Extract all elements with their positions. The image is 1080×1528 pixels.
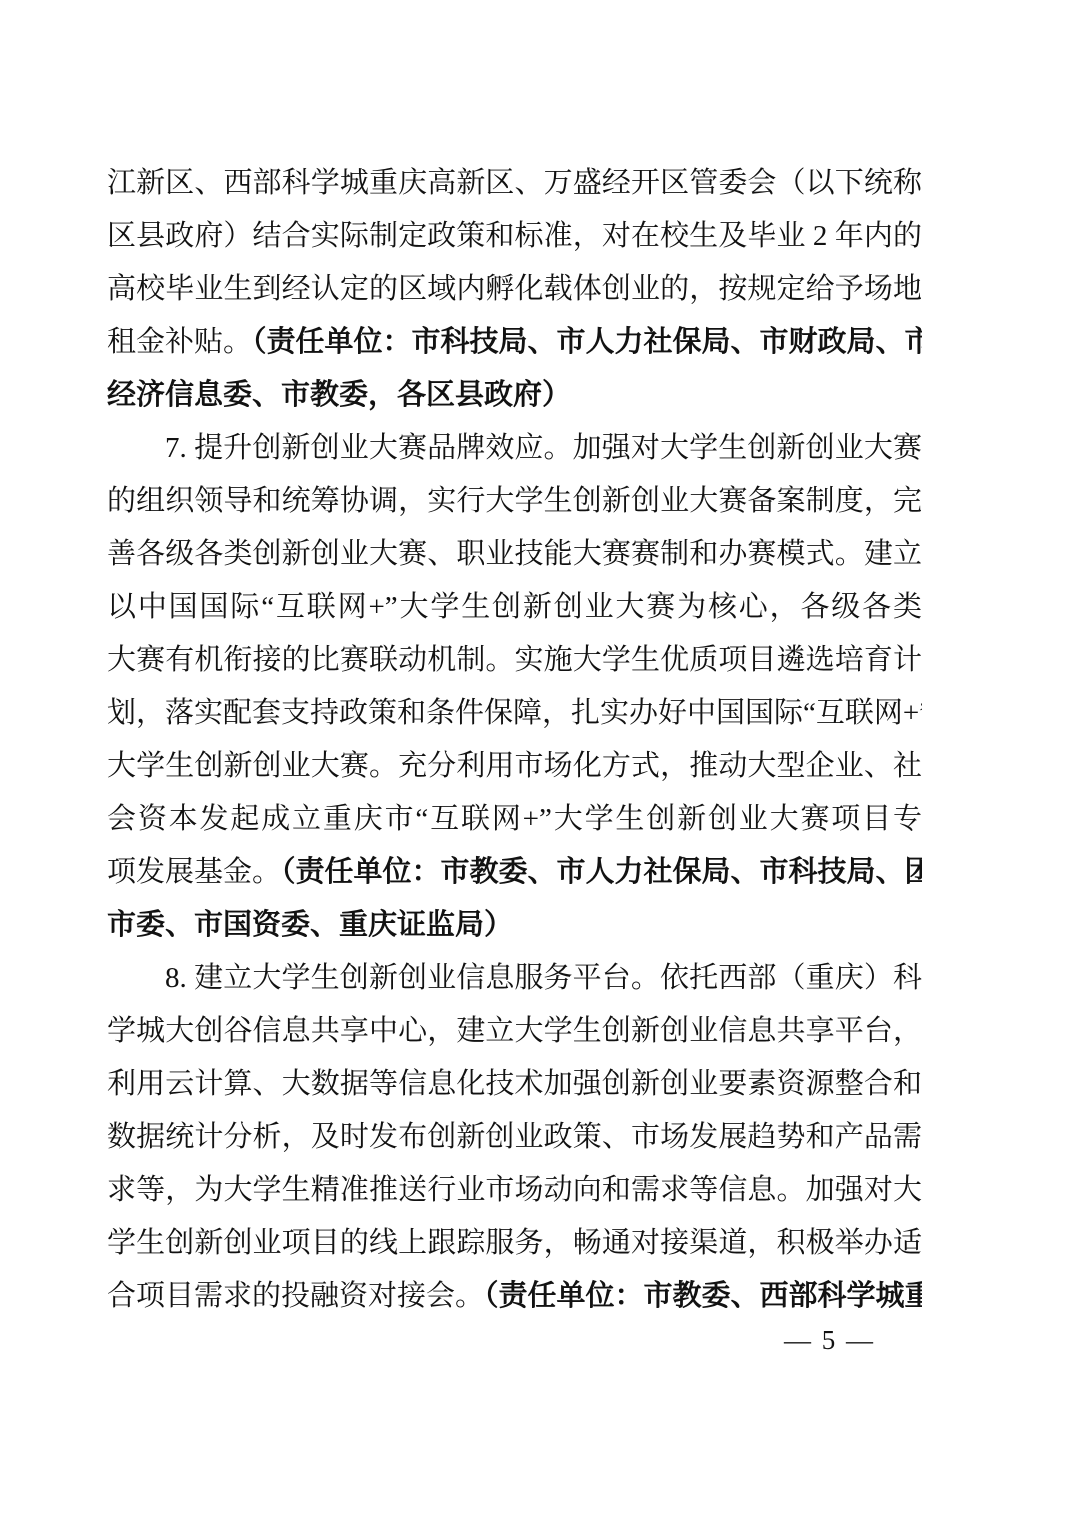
body-text: 大赛有机衔接的比赛联动机制。实施大学生优质项目遴选培育计 <box>107 644 922 676</box>
responsible-unit-text: 市委、市国资委、重庆证监局） <box>107 909 513 941</box>
text-line: 利用云计算、大数据等信息化技术加强创新创业要素资源整合和 <box>107 1058 922 1111</box>
text-line: 8. 建立大学生创新创业信息服务平台。依托西部（重庆）科 <box>107 952 922 1005</box>
text-line: 数据统计分析，及时发布创新创业政策、市场发展趋势和产品需 <box>107 1111 922 1164</box>
text-line: 大学生创新创业大赛。充分利用市场化方式，推动大型企业、社 <box>107 740 922 793</box>
body-text: 划，落实配套支持政策和条件保障，扎实办好中国国际“互联网+” <box>107 697 922 729</box>
body-text: 8. 建立大学生创新创业信息服务平台。依托西部（重庆）科 <box>165 962 922 994</box>
body-text: 善各级各类创新创业大赛、职业技能大赛赛制和办赛模式。建立 <box>107 538 922 570</box>
text-line: 租金补贴。（责任单位：市科技局、市人力社保局、市财政局、市 <box>107 316 922 369</box>
body-text: 合项目需求的投融资对接会。 <box>107 1280 484 1312</box>
text-line: 区县政府）结合实际制定政策和标准，对在校生及毕业 2 年内的 <box>107 210 922 263</box>
text-line: 学城大创谷信息共享中心，建立大学生创新创业信息共享平台， <box>107 1005 922 1058</box>
page-number: — 5 — <box>784 1322 875 1358</box>
document-page: 江新区、西部科学城重庆高新区、万盛经开区管委会（以下统称区县政府）结合实际制定政… <box>0 0 1080 1528</box>
text-line: 大赛有机衔接的比赛联动机制。实施大学生优质项目遴选培育计 <box>107 634 922 687</box>
text-line: 会资本发起成立重庆市“互联网+”大学生创新创业大赛项目专 <box>107 793 922 846</box>
body-text: 租金补贴。 <box>107 326 252 358</box>
body-text: 的组织领导和统筹协调，实行大学生创新创业大赛备案制度，完 <box>107 485 922 517</box>
body-text: 大学生创新创业大赛。充分利用市场化方式，推动大型企业、社 <box>107 750 922 782</box>
body-text: 会资本发起成立重庆市“互联网+”大学生创新创业大赛项目专 <box>107 803 922 835</box>
body-text: 学生创新创业项目的线上跟踪服务，畅通对接渠道，积极举办适 <box>107 1227 922 1259</box>
text-line: 学生创新创业项目的线上跟踪服务，畅通对接渠道，积极举办适 <box>107 1217 922 1270</box>
body-text: 利用云计算、大数据等信息化技术加强创新创业要素资源整合和 <box>107 1068 922 1100</box>
body-text: 学城大创谷信息共享中心，建立大学生创新创业信息共享平台， <box>107 1015 922 1047</box>
text-line: 7. 提升创新创业大赛品牌效应。加强对大学生创新创业大赛 <box>107 422 922 475</box>
body-text: 高校毕业生到经认定的区域内孵化载体创业的，按规定给予场地 <box>107 273 922 305</box>
text-line: 经济信息委、市教委，各区县政府） <box>107 369 922 422</box>
body-text: 以中国国际“互联网+”大学生创新创业大赛为核心，各级各类 <box>107 591 922 623</box>
body-text: 江新区、西部科学城重庆高新区、万盛经开区管委会（以下统称 <box>107 167 922 199</box>
text-line: 市委、市国资委、重庆证监局） <box>107 899 922 952</box>
text-line: 江新区、西部科学城重庆高新区、万盛经开区管委会（以下统称 <box>107 157 922 210</box>
text-line: 善各级各类创新创业大赛、职业技能大赛赛制和办赛模式。建立 <box>107 528 922 581</box>
responsible-unit-text: （责任单位：市教委、西部科学城重 <box>484 1280 922 1312</box>
text-line: 以中国国际“互联网+”大学生创新创业大赛为核心，各级各类 <box>107 581 922 634</box>
responsible-unit-text: （责任单位：市教委、市人力社保局、市科技局、团 <box>281 856 922 888</box>
body-text: 项发展基金。 <box>107 856 281 888</box>
body-text: 数据统计分析，及时发布创新创业政策、市场发展趋势和产品需 <box>107 1121 922 1153</box>
text-line: 合项目需求的投融资对接会。（责任单位：市教委、西部科学城重 <box>107 1270 922 1323</box>
responsible-unit-text: （责任单位：市科技局、市人力社保局、市财政局、市 <box>252 326 922 358</box>
text-line: 求等，为大学生精准推送行业市场动向和需求等信息。加强对大 <box>107 1164 922 1217</box>
body-text: 7. 提升创新创业大赛品牌效应。加强对大学生创新创业大赛 <box>165 432 922 464</box>
text-line: 的组织领导和统筹协调，实行大学生创新创业大赛备案制度，完 <box>107 475 922 528</box>
body-text: 求等，为大学生精准推送行业市场动向和需求等信息。加强对大 <box>107 1174 922 1206</box>
text-line: 划，落实配套支持政策和条件保障，扎实办好中国国际“互联网+” <box>107 687 922 740</box>
responsible-unit-text: 经济信息委、市教委，各区县政府） <box>107 379 571 411</box>
body-text: 区县政府）结合实际制定政策和标准，对在校生及毕业 2 年内的 <box>107 220 922 252</box>
text-line: 高校毕业生到经认定的区域内孵化载体创业的，按规定给予场地 <box>107 263 922 316</box>
document-body: 江新区、西部科学城重庆高新区、万盛经开区管委会（以下统称区县政府）结合实际制定政… <box>107 157 922 1323</box>
text-line: 项发展基金。（责任单位：市教委、市人力社保局、市科技局、团 <box>107 846 922 899</box>
